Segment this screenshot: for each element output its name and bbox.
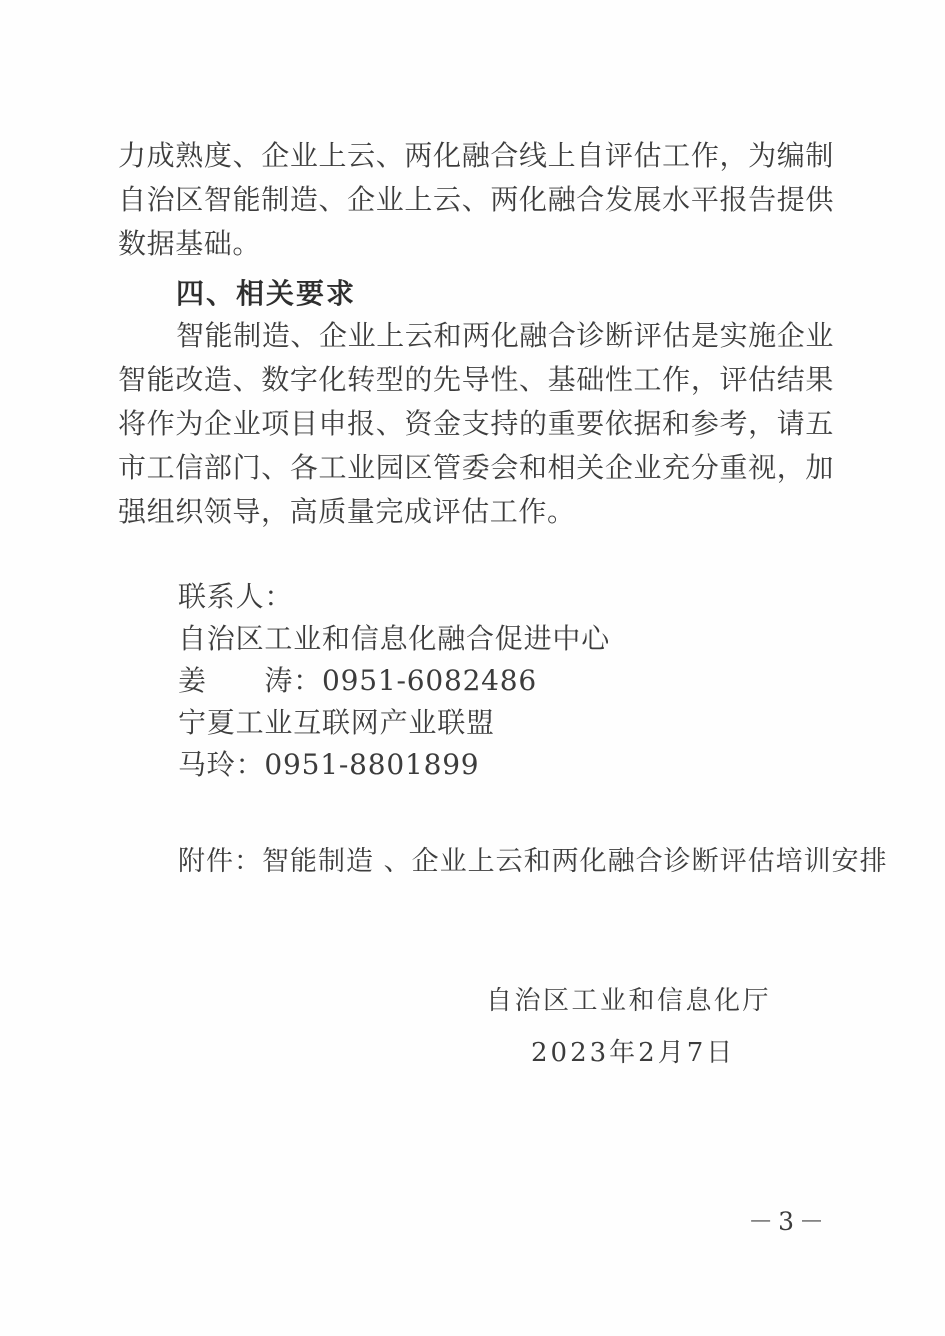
signature-issuer: 自治区工业和信息化厅 <box>486 980 771 1017</box>
contact-block: 联系人： 自治区工业和信息化融合促进中心 姜 涛：0951-6082486 宁夏… <box>178 576 610 786</box>
signature-date: 2023年2月7日 <box>531 1032 735 1069</box>
document-page: 力成熟度、企业上云、两化融合线上自评估工作，为编制自治区智能制造、企业上云、两化… <box>0 0 945 1336</box>
section-body-paragraph: 智能制造、企业上云和两化融合诊断评估是实施企业智能改造、数字化转型的先导性、基础… <box>118 314 834 534</box>
attachment-line: 附件：智能制造 、企业上云和两化融合诊断评估培训安排 <box>178 839 888 878</box>
continuation-paragraph: 力成熟度、企业上云、两化融合线上自评估工作，为编制自治区智能制造、企业上云、两化… <box>118 134 834 266</box>
page-number: －3－ <box>748 1202 829 1238</box>
contact-person-1: 姜 涛：0951-6082486 <box>178 660 610 702</box>
contact-person-2: 马玲：0951-8801899 <box>178 744 610 786</box>
contact-org-2: 宁夏工业互联网产业联盟 <box>178 702 610 744</box>
contact-label: 联系人： <box>178 576 610 618</box>
contact-org-1: 自治区工业和信息化融合促进中心 <box>178 618 610 660</box>
section-heading: 四、相关要求 <box>176 272 356 312</box>
